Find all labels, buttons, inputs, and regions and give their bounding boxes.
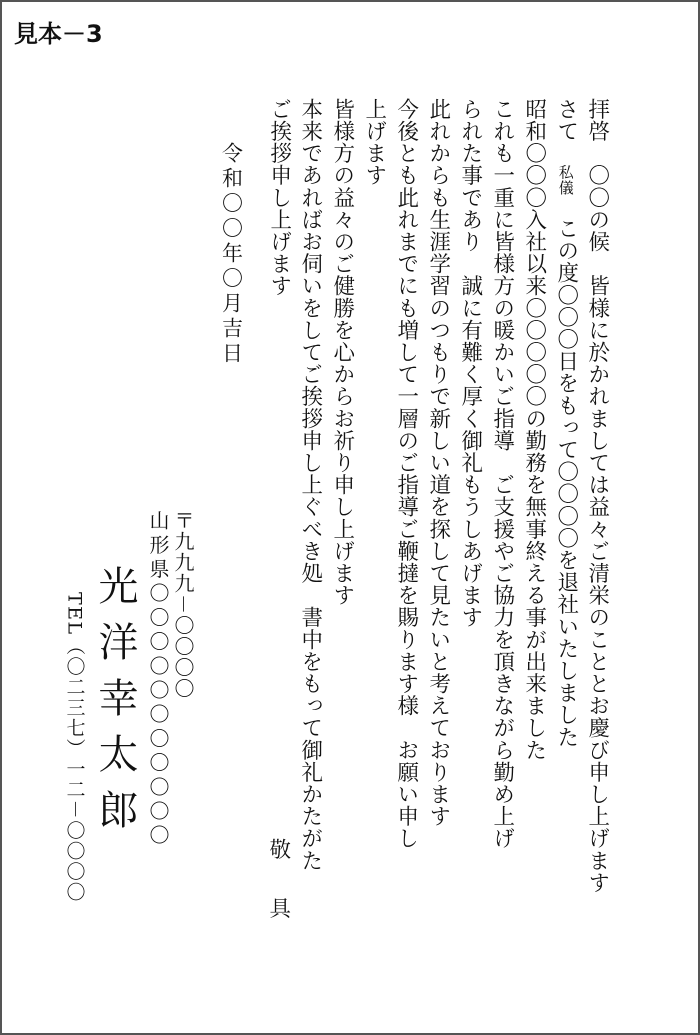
address: 山形県〇〇〇〇〇〇〇〇〇〇〇 [148, 510, 168, 849]
apology-line: 本来であればお伺いをしてご挨拶申し上ぐべき処 書中をもって御礼かたがた [299, 98, 321, 872]
request-line-2: 上げます [363, 98, 385, 186]
telephone: TEL（〇二三七）一二－〇〇〇〇 [65, 592, 84, 902]
gratitude-line-1: これも一重に皆様方の暖かいご指導 ご支援やご協力を頂きながら勤め上げ [491, 98, 513, 849]
announcement-text: この度〇〇〇日をもって〇〇〇〇を退社いたしました [554, 218, 579, 748]
request-line-1: 今後とも此れまでにも増して一層のご指導ご鞭撻を賜ります様 お願い申し [395, 98, 417, 849]
announcement-self-reference: 私儀 [557, 164, 575, 195]
postal-code: 〒九九九－〇〇〇〇 [173, 510, 193, 699]
sender-name: 光洋幸太郎 [95, 565, 135, 845]
greeting-line: 拝啓 〇〇の候 皆様に於かれましては益々ご清栄のこととお慶び申し上げます [586, 98, 608, 894]
service-line: 昭和〇〇〇入社以来〇〇〇〇〇の勤務を無事終える事が出来ました [523, 98, 545, 761]
sample-label: 見本－3 [14, 14, 103, 49]
future-plans-line: 此れからも生涯学習のつもりで新しい道を探して見たいと考えております [427, 98, 449, 827]
announcement-prefix: さて [554, 98, 579, 142]
closing-phrase: 敬 具 [267, 838, 289, 927]
gratitude-line-2: られた事であり 誠に有難く厚く御礼もうしあげます [459, 98, 481, 628]
closing-greeting-line: ご挨拶申し上げます [268, 98, 290, 297]
announcement-line: さて 私儀 この度〇〇〇日をもって〇〇〇〇を退社いたしました [555, 98, 577, 748]
wellbeing-line: 皆様方の益々のご健勝を心からお祈り申し上げます [331, 98, 353, 606]
date-line: 令和〇〇年〇月吉日 [221, 142, 242, 367]
